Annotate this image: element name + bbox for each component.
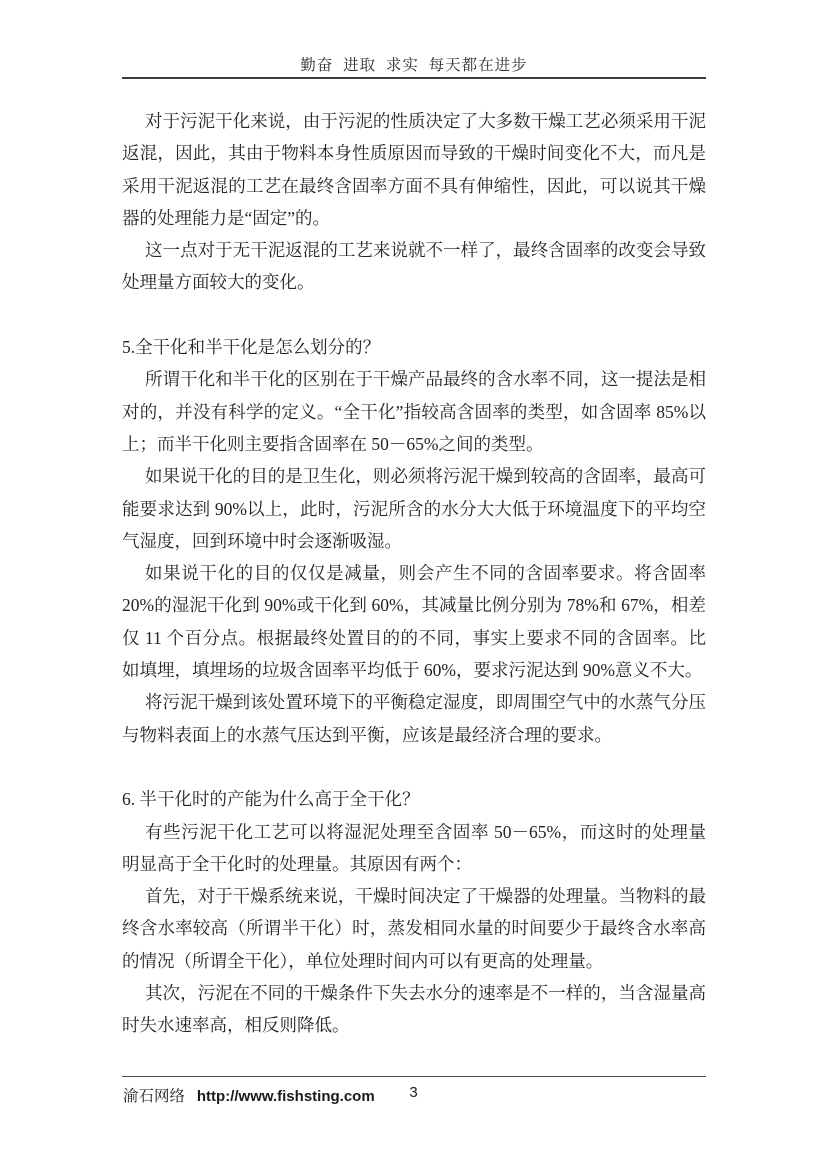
- paragraph: 对于污泥干化来说，由于污泥的性质决定了大多数干燥工艺必须采用干泥返混，因此，其由…: [122, 105, 706, 234]
- paragraph: 所谓干化和半干化的区别在于干燥产品最终的含水率不同，这一提法是相对的，并没有科学…: [122, 363, 706, 460]
- document-body: 对于污泥干化来说，由于污泥的性质决定了大多数干燥工艺必须采用干泥返混，因此，其由…: [122, 105, 706, 1042]
- paragraph: 首先，对于干燥系统来说，干燥时间决定了干燥器的处理量。当物料的最终含水率较高（所…: [122, 880, 706, 977]
- section-heading-6: 6. 半干化时的产能为什么高于全干化？: [122, 783, 706, 815]
- paragraph: 有些污泥干化工艺可以将湿泥处理至含固率 50－65%，而这时的处理量明显高于全干…: [122, 816, 706, 881]
- paragraph: 其次，污泥在不同的干燥条件下失去水分的速率是不一样的，当含湿量高时失水速率高，相…: [122, 977, 706, 1042]
- paragraph: 这一点对于无干泥返混的工艺来说就不一样了，最终含固率的改变会导致处理量方面较大的…: [122, 234, 706, 299]
- header-motto: 勤奋 进取 求实 每天都在进步: [122, 53, 706, 75]
- paragraph: 如果说干化的目的仅仅是减量，则会产生不同的含固率要求。将含固率 20%的湿泥干化…: [122, 557, 706, 686]
- page-number: 3: [0, 1084, 827, 1101]
- header-rule: [122, 77, 706, 79]
- document-page: 勤奋 进取 求实 每天都在进步 对于污泥干化来说，由于污泥的性质决定了大多数干燥…: [0, 0, 827, 1169]
- paragraph: 将污泥干燥到该处置环境下的平衡稳定湿度，即周围空气中的水蒸气分压与物料表面上的水…: [122, 686, 706, 751]
- paragraph: 如果说干化的目的是卫生化，则必须将污泥干燥到较高的含固率，最高可能要求达到 90…: [122, 460, 706, 557]
- footer-rule: [122, 1076, 706, 1077]
- section-heading-5: 5.全干化和半干化是怎么划分的？: [122, 331, 706, 363]
